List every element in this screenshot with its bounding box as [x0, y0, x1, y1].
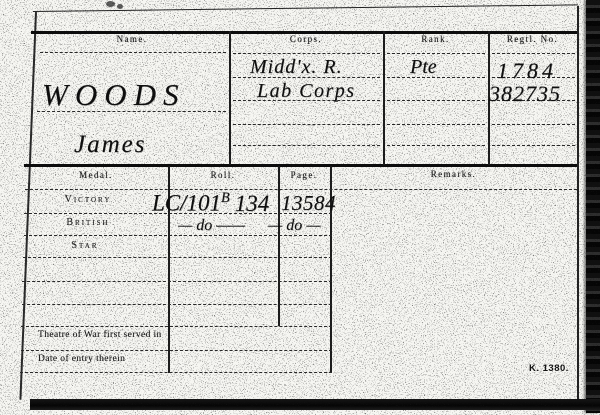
card-right-border [577, 6, 579, 400]
ruled-line [387, 53, 485, 54]
ruled-line [387, 100, 485, 101]
ruled-line [233, 53, 380, 54]
rank-column-header: Rank. [383, 34, 488, 44]
corps-entry-1: Midd'x. R. [250, 56, 343, 79]
card-left-border [19, 12, 36, 400]
ruled-line [22, 281, 332, 282]
form-code: K. 1380. [529, 363, 569, 374]
ruled-line [233, 124, 380, 125]
medal-row-british-label: British [26, 217, 150, 228]
divider-name-corps [229, 31, 231, 165]
page-column-header: Page. [278, 170, 330, 180]
medal-column-header: Medal. [24, 170, 168, 180]
ruled-line [22, 304, 332, 305]
rank-entry: Pte [410, 56, 437, 79]
scan-right-edge [586, 0, 600, 413]
theatre-of-war-label: Theatre of War first served in [38, 330, 162, 340]
medal-row-victory-label: Victory [26, 194, 150, 205]
british-roll-ditto: — do —— [178, 217, 245, 235]
regtlno-column-header: Regtl. No. [488, 34, 577, 44]
medal-row-star-label: Star [26, 240, 144, 251]
ruled-line [492, 53, 575, 54]
roll-superscript: B [221, 190, 230, 206]
british-page-ditto: — do — [268, 217, 320, 235]
date-of-entry-label: Date of entry therein [38, 354, 125, 364]
roll-suffix: 134 [235, 191, 270, 216]
ruled-line [492, 145, 575, 146]
regtlno-entry-2: 382735 [489, 81, 561, 107]
ruled-line [24, 235, 332, 236]
ruled-line [40, 52, 226, 53]
surname-handwritten: WOODS [42, 77, 186, 113]
scan-smudge [117, 4, 123, 9]
ruled-line [492, 124, 575, 125]
ruled-line [25, 189, 577, 190]
corps-entry-2: Lab Corps [257, 80, 356, 103]
name-column-header: Name. [35, 34, 229, 44]
ruled-line [20, 372, 332, 373]
medal-index-card-scan: Name. Corps. Rank. Regtl. No. WOODS Jame… [0, 0, 600, 415]
ruled-line [23, 257, 332, 258]
ruled-line [387, 145, 485, 146]
ruled-line [387, 124, 485, 125]
remarks-column-header: Remarks. [330, 169, 577, 179]
section-divider-rule [24, 164, 577, 167]
corps-column-header: Corps. [229, 34, 383, 44]
scan-bottom-edge [30, 399, 600, 410]
roll-column-header: Roll. [168, 170, 278, 180]
forename-handwritten: James [74, 131, 146, 159]
roll-prefix: LC/101 [152, 191, 221, 216]
ruled-line [21, 350, 332, 351]
victory-page-entry: 13584 [281, 191, 336, 216]
ruled-line [233, 145, 380, 146]
divider-corps-rank [383, 31, 385, 165]
ruled-line [21, 326, 332, 327]
divider-roll-page [278, 166, 280, 326]
card-top-border [33, 4, 578, 12]
victory-roll-entry: LC/101B134 [152, 190, 269, 217]
scan-smudge [106, 1, 115, 7]
